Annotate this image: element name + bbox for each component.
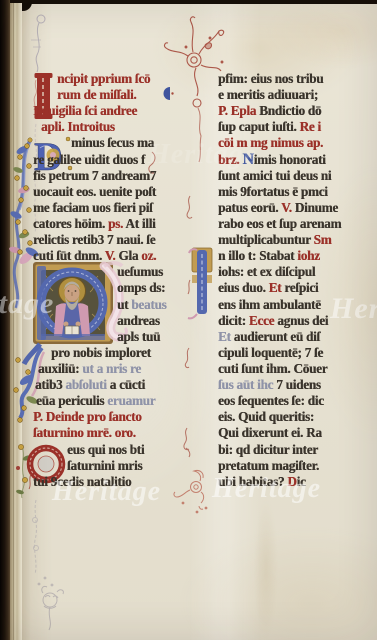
rubric-text: D	[287, 474, 296, 489]
body-text: eius duo.	[218, 280, 269, 295]
body-text: audierunt eū diſ	[234, 329, 320, 344]
manuscript-text-line: ut beatus	[33, 297, 195, 313]
body-text: eruamur	[107, 393, 155, 408]
body-text: eūa periculis	[36, 393, 107, 408]
rubric-text: Et	[269, 280, 285, 295]
rubric-text: ſaturnino mrē. oro.	[33, 425, 136, 440]
body-text: auxiliū:	[38, 361, 82, 376]
body-text: atib3	[35, 377, 65, 392]
margin-doodle-sketch	[38, 577, 63, 630]
manuscript-text-line: cuti ſunt ihm. Cōuer	[218, 361, 377, 377]
manuscript-text-line: ueſumus	[33, 264, 195, 280]
body-text: ic	[297, 474, 306, 489]
body-text: At illi	[123, 216, 155, 231]
manuscript-text-line: ubi habitas? Dic	[218, 474, 377, 490]
rubric-text: rum de miſſali.	[57, 87, 136, 102]
body-text: Gla	[118, 248, 141, 263]
body-text: n illo t: Stabat	[218, 248, 297, 263]
rubric-text: Sm	[314, 232, 332, 247]
rubric-text: In uigilia ſci andree	[33, 103, 137, 118]
body-text: pretatum magiſter.	[218, 458, 319, 473]
manuscript-text-line: ſaturnino mrē. oro.	[33, 425, 195, 441]
body-text: eus qui nos bti	[67, 442, 144, 457]
body-text: beatus	[131, 297, 166, 312]
manuscript-text-line: re galilee uidit duos f	[33, 152, 195, 168]
text-column-right: pfim: eius nos tribue meritis adiuuari;P…	[218, 71, 377, 490]
manuscript-text-line: ſunt amici tui deus ni	[218, 168, 377, 184]
body-text: bi: qd dicitur inter	[218, 442, 318, 457]
body-text: e meritis adiuuari;	[218, 87, 318, 102]
manuscript-text-line: P. Deinde pro ſancto	[33, 409, 195, 425]
body-text: rabo eos et ſup arenam	[218, 216, 341, 231]
body-text: tui 9cedis natalitio	[33, 474, 131, 489]
body-text: ens ihm ambulantē	[218, 297, 321, 312]
penwork-left-margin-chain	[33, 500, 39, 574]
manuscript-text-line: pretatum magiſter.	[218, 458, 377, 474]
body-text: Et	[218, 329, 234, 344]
manuscript-text-line: omps ds:	[33, 280, 195, 296]
body-text: ueſumus	[117, 264, 163, 279]
body-text: ſus aūt ihc	[218, 377, 276, 392]
rubric-text: V.	[105, 248, 119, 263]
manuscript-text-line: ſaturnini mris	[33, 458, 195, 474]
body-text: relictis retib3 7 naui. ſe	[33, 232, 155, 247]
manuscript-text-line: e meritis adiuuari;	[218, 87, 377, 103]
body-text: imis honorati	[254, 152, 326, 167]
body-text: ubi habitas?	[218, 474, 287, 489]
body-text: andreas	[117, 313, 160, 328]
manuscript-text-line: apli. Introitus	[33, 119, 195, 135]
manuscript-text-line: rum de miſſali.	[33, 87, 195, 103]
manuscript-text-line: eius duo. Et reſpici	[218, 280, 377, 296]
body-text: ſunt amici tui deus ni	[218, 168, 331, 183]
body-text: Bndictio dō	[259, 103, 321, 118]
manuscript-text-line: relictis retib3 7 naui. ſe	[33, 232, 195, 248]
manuscript-text-line: auxiliū: ut a nris re	[33, 361, 195, 377]
body-text: apls tuū	[117, 329, 160, 344]
rubric-text: cōi m mg nimus ap.	[218, 135, 323, 150]
manuscript-text-line: ſus aūt ihc 7 uidens	[218, 377, 377, 393]
manuscript-text-line: cipuli loquentē; 7 ſe	[218, 345, 377, 361]
manuscript-text-line: pro nobis imploret	[33, 345, 195, 361]
body-text: ut a nris re	[82, 361, 141, 376]
body-text: fis petrum 7 andream7	[33, 168, 156, 183]
manuscript-text-line: bi: qd dicitur inter	[218, 442, 377, 458]
manuscript-text-line: catores hōim. ps. At illi	[33, 216, 195, 232]
manuscript-text-line: fis petrum 7 andream7	[33, 168, 195, 184]
manuscript-text-line: iohs: et ex diſcipul	[218, 264, 377, 280]
manuscript-text-line: n illo t: Stabat iohz	[218, 248, 377, 264]
body-text: ut	[117, 297, 131, 312]
manuscript-text-line: minus ſecus ma	[33, 135, 195, 151]
manuscript-text-line: multiplicabuntur Sm	[218, 232, 377, 248]
body-text: uocauit eos. uenite poſt	[33, 184, 156, 199]
body-text: omps ds:	[117, 280, 165, 295]
body-text: mis 9fortatus ē pmci	[218, 184, 328, 199]
text-column-left: ncipit pprium ſcōrum de miſſali.In uigil…	[33, 71, 195, 490]
manuscript-text-line: pfim: eius nos tribu	[218, 71, 377, 87]
rubric-text: V.	[281, 200, 295, 215]
body-text: Dinume	[295, 200, 338, 215]
body-text: Qui dixerunt ei. Ra	[218, 425, 322, 440]
manuscript-text-line: rabo eos et ſup arenam	[218, 216, 377, 232]
body-text: eos ſequentes ſe: dic	[218, 393, 324, 408]
body-text: patus eorū.	[218, 200, 281, 215]
body-text: pro nobis imploret	[51, 345, 151, 360]
manuscript-text-line: me faciam uos fieri piſ	[33, 200, 195, 216]
body-text: ſup caput iuſti.	[218, 119, 300, 134]
inline-initial-letter: N	[242, 151, 253, 168]
rubric-text: ps.	[108, 216, 123, 231]
manuscript-text-line: tui 9cedis natalitio	[33, 474, 195, 490]
manuscript-text-line: andreas	[33, 313, 195, 329]
body-text: cuti ſunt ihm. Cōuer	[218, 361, 327, 376]
manuscript-text-line: brz. Nimis honorati	[218, 152, 377, 168]
manuscript-text-line: atib3 abſoluti a cūcti	[33, 377, 195, 393]
manuscript-text-line: eūa periculis eruamur	[33, 393, 195, 409]
rubric-text: Re i	[300, 119, 321, 134]
body-text: eis. Quid queritis:	[218, 409, 314, 424]
rubric-text: Ecce	[249, 313, 277, 328]
manuscript-text-line: eos ſequentes ſe: dic	[218, 393, 377, 409]
body-text: reſpici	[284, 280, 318, 295]
body-text: abſoluti	[65, 377, 106, 392]
manuscript-text-line: uocauit eos. uenite poſt	[33, 184, 195, 200]
rubric-text: P. Epla	[218, 103, 259, 118]
manuscript-text-line: dicit: Ecce agnus dei	[218, 313, 377, 329]
manuscript-text-line: In uigilia ſci andree	[33, 103, 195, 119]
body-text: iohs: et ex diſcipul	[218, 264, 315, 279]
body-text: multiplicabuntur	[218, 232, 314, 247]
rubric-text: iohz	[297, 248, 319, 263]
rubric-text: P. Deinde pro ſancto	[33, 409, 142, 424]
rubric-text: brz.	[218, 152, 242, 167]
rubric-text: oz.	[141, 248, 156, 263]
manuscript-text-line: Et audierunt eū diſ	[218, 329, 377, 345]
body-text: ſaturnini mris	[67, 458, 142, 473]
body-text: cuti ſūt dnm.	[33, 248, 105, 263]
body-text: cipuli loquentē; 7 ſe	[218, 345, 323, 360]
body-text: 7 uidens	[276, 377, 321, 392]
body-text: catores hōim.	[33, 216, 108, 231]
manuscript-text-line: cuti ſūt dnm. V. Gla oz.	[33, 248, 195, 264]
body-text: dicit:	[218, 313, 249, 328]
manuscript-text-line: cōi m mg nimus ap.	[218, 135, 377, 151]
manuscript-text-line: ens ihm ambulantē	[218, 297, 377, 313]
manuscript-text-line: patus eorū. V. Dinume	[218, 200, 377, 216]
rubric-text: ncipit pprium ſcō	[57, 71, 150, 86]
body-text: me faciam uos fieri piſ	[33, 200, 153, 215]
manuscript-text-line: P. Epla Bndictio dō	[218, 103, 377, 119]
body-text: re galilee uidit duos f	[33, 152, 145, 167]
manuscript-text-line: eis. Quid queritis:	[218, 409, 377, 425]
rubric-text: apli. Introitus	[41, 119, 115, 134]
body-text: pfim: eius nos tribu	[218, 71, 323, 86]
manuscript-photo: D	[0, 0, 377, 640]
body-text: minus ſecus ma	[71, 135, 154, 150]
manuscript-text-line: ſup caput iuſti. Re i	[218, 119, 377, 135]
body-text: a cūcti	[107, 377, 145, 392]
body-text: agnus dei	[277, 313, 328, 328]
manuscript-text-line: Qui dixerunt ei. Ra	[218, 425, 377, 441]
manuscript-text-line: mis 9fortatus ē pmci	[218, 184, 377, 200]
manuscript-text-line: eus qui nos bti	[33, 442, 195, 458]
manuscript-text-line: ncipit pprium ſcō	[33, 71, 195, 87]
manuscript-text-line: apls tuū	[33, 329, 195, 345]
